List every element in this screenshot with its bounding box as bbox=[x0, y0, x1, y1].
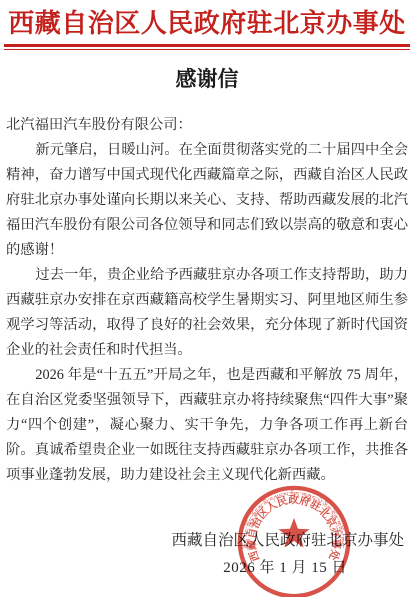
signature-date: 2026 年 1 月 15 日 bbox=[0, 556, 404, 580]
letterhead: 西藏自治区人民政府驻北京办事处 bbox=[0, 0, 414, 50]
signature-org: 西藏自治区人民政府驻北京办事处 bbox=[0, 529, 404, 553]
letter-body: 北汽福田汽车股份有限公司： 新元肇启，日暖山河。在全面贯彻落实党的二十届四中全会… bbox=[6, 113, 408, 488]
letterhead-org-name: 西藏自治区人民政府驻北京办事处 bbox=[0, 6, 414, 41]
paragraph-1: 新元肇启，日暖山河。在全面贯彻落实党的二十届四中全会精神，奋力谱写中国式现代化西… bbox=[6, 138, 408, 263]
paragraph-3: 2026 年是“十五五”开局之年，也是西藏和平解放 75 周年，在自治区党委坚强… bbox=[6, 363, 408, 488]
letterhead-divider bbox=[0, 44, 414, 50]
paragraph-2: 过去一年，贵企业给予西藏驻京办各项工作支持帮助，助力西藏驻京办安排在京西藏籍高校… bbox=[6, 263, 408, 363]
letter-page: 西藏自治区人民政府驻北京办事处 感谢信 北汽福田汽车股份有限公司： 新元肇启，日… bbox=[0, 0, 414, 597]
divider-thin-rule bbox=[4, 49, 410, 50]
divider-thick-rule bbox=[4, 44, 410, 47]
signature-block: 西藏自治区人民政府驻北京办事处 2026 年 1 月 15 日 bbox=[0, 529, 414, 580]
letter-title: 感谢信 bbox=[0, 66, 414, 93]
recipient-line: 北汽福田汽车股份有限公司： bbox=[6, 113, 408, 138]
